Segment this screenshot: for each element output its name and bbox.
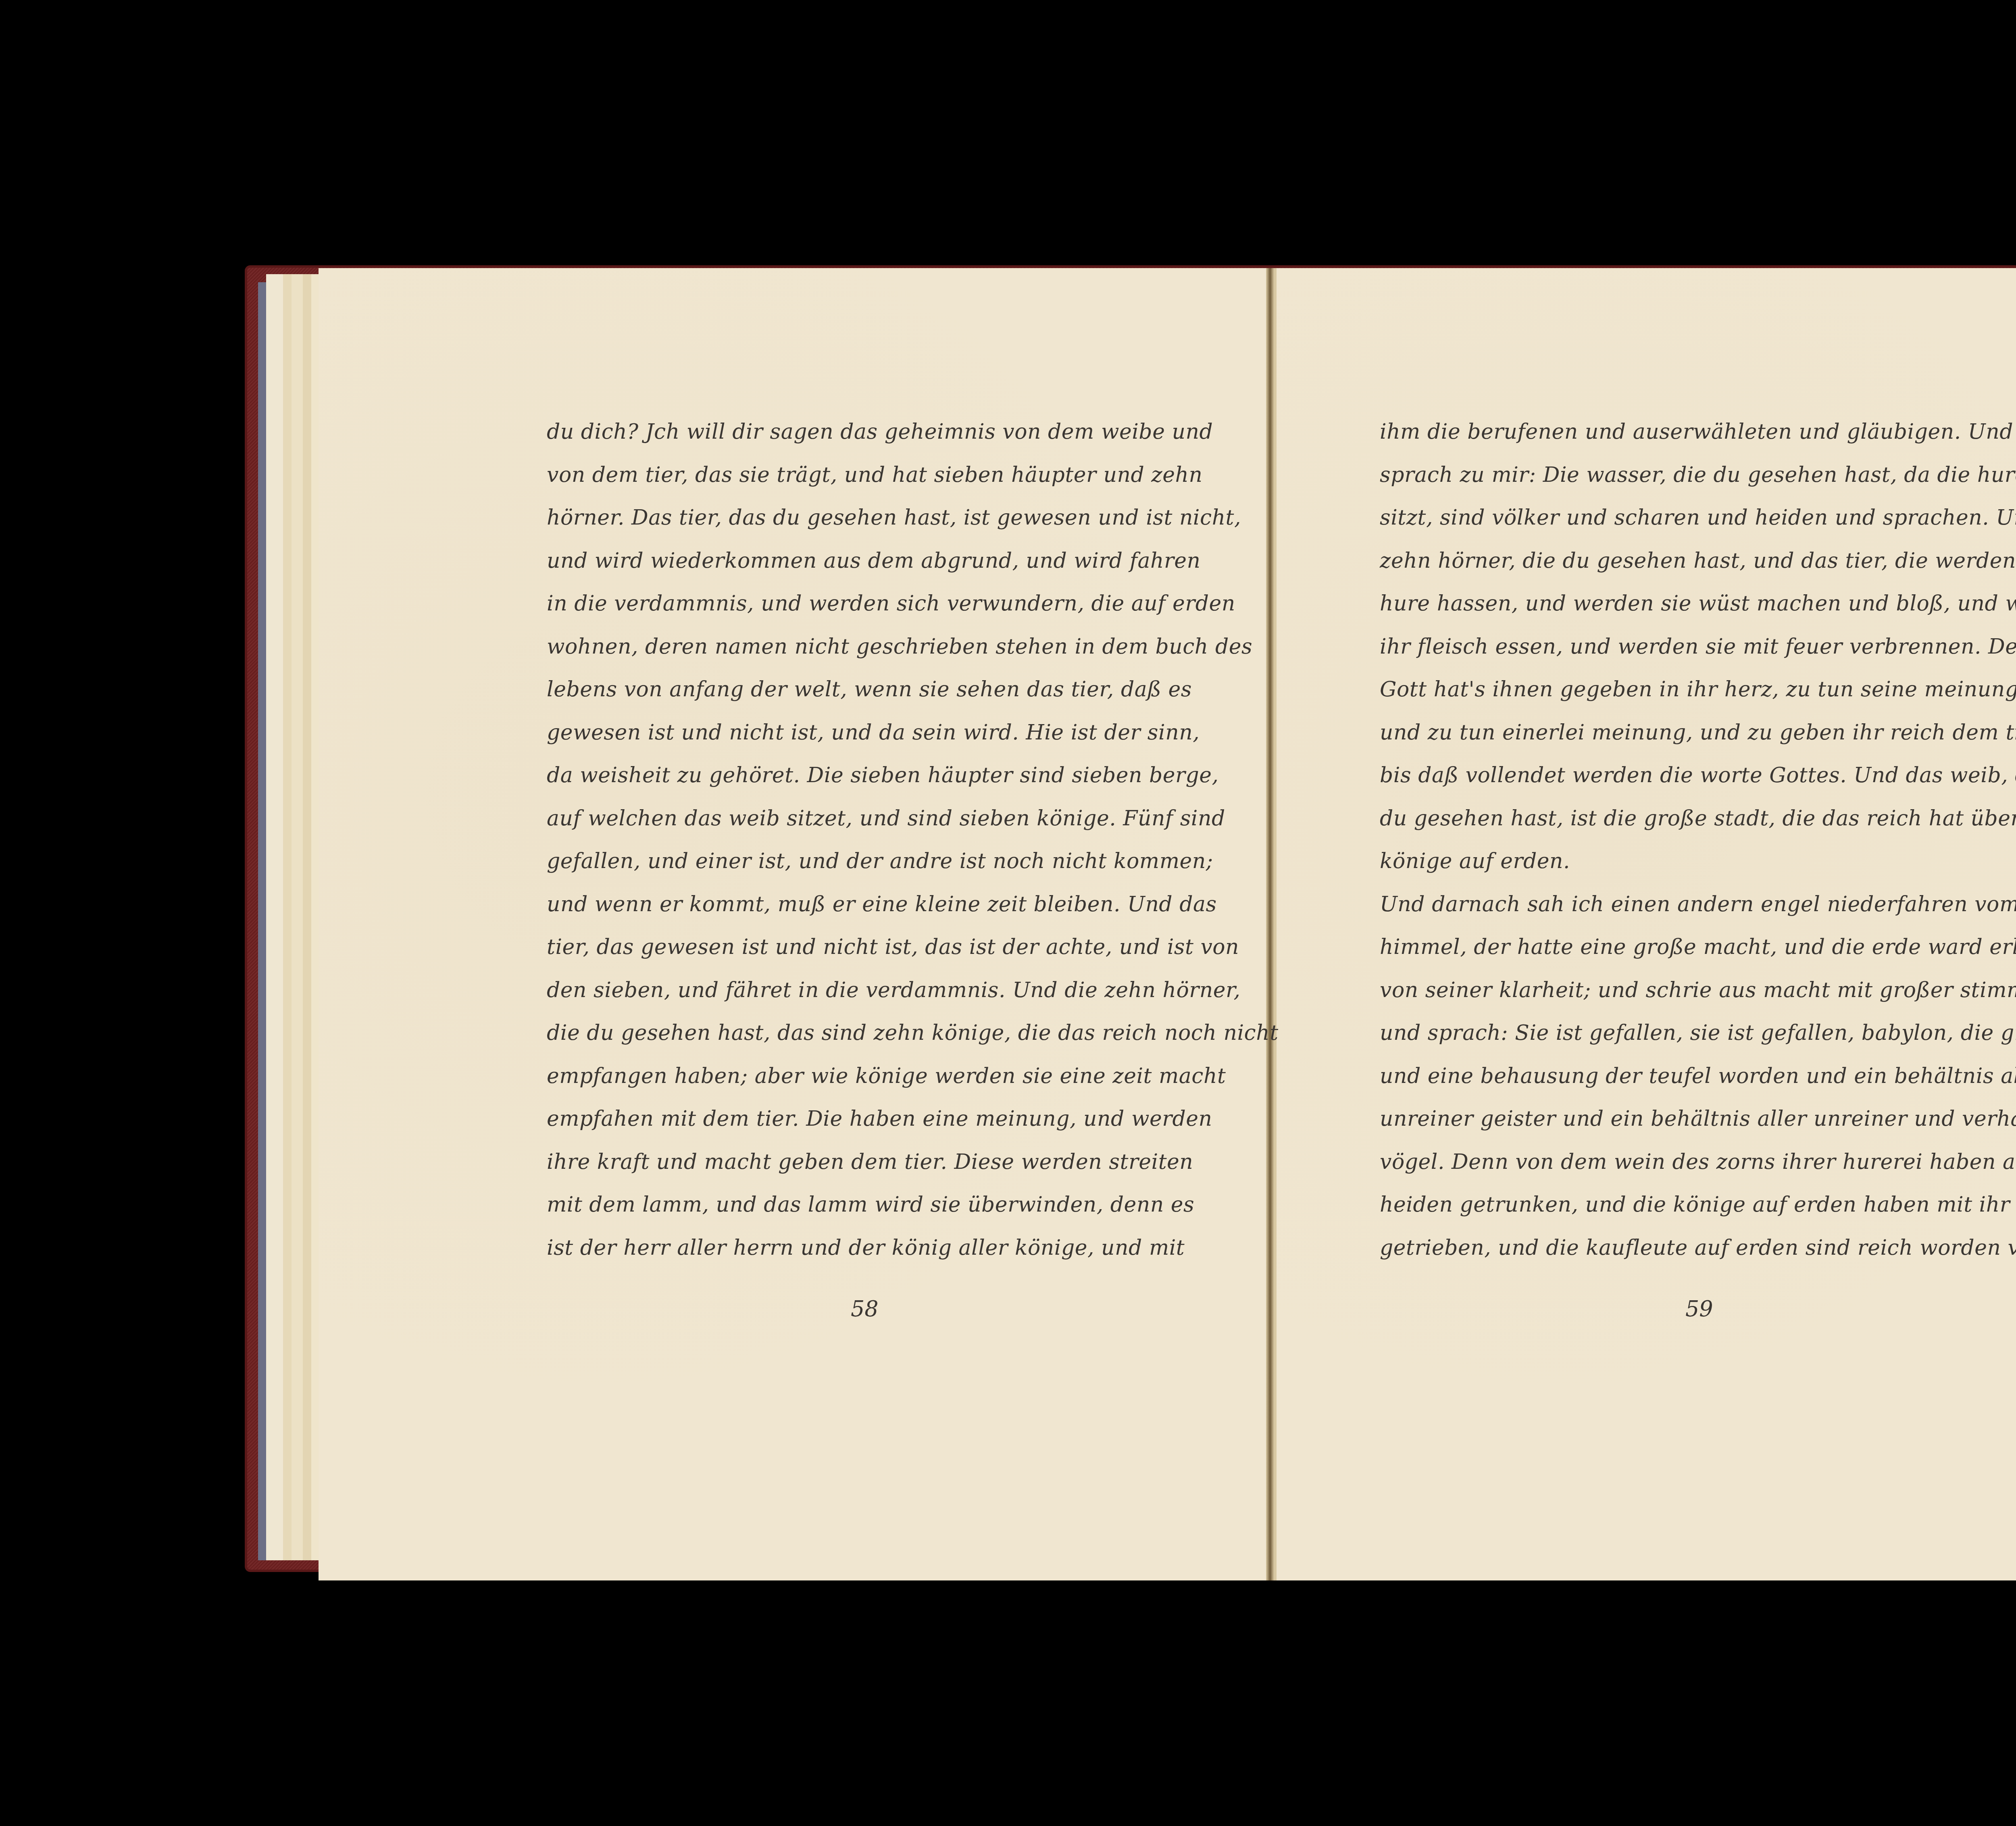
text-line: gefallen, und einer ist, und der andre i…: [547, 840, 1279, 883]
text-line: sitzt, sind völker und scharen und heide…: [1380, 496, 2016, 539]
text-line: hure hassen, und werden sie wüst machen …: [1380, 582, 2016, 625]
text-line: den sieben, und fähret in die verdammnis…: [547, 969, 1279, 1012]
page-edges-left: [266, 274, 323, 1560]
text-line: ihre kraft und macht geben dem tier. Die…: [547, 1141, 1279, 1184]
text-line: lebens von anfang der welt, wenn sie seh…: [547, 668, 1279, 711]
left-page-text: du dich? Jch will dir sagen das geheimni…: [547, 410, 1279, 1269]
text-line: bis daß vollendet werden die worte Gotte…: [1380, 754, 2016, 797]
text-line: gewesen ist und nicht ist, und da sein w…: [547, 711, 1279, 754]
text-line: von seiner klarheit; und schrie aus mach…: [1380, 969, 2016, 1012]
text-line: mit dem lamm, und das lamm wird sie über…: [547, 1183, 1279, 1226]
text-line: empfangen haben; aber wie könige werden …: [547, 1055, 1279, 1098]
right-page-text: ihm die berufenen und auserwähleten und …: [1380, 410, 2016, 1269]
text-line: auf welchen das weib sitzet, und sind si…: [547, 797, 1279, 840]
page-number-right: 59: [1685, 1296, 1713, 1322]
text-line: du dich? Jch will dir sagen das geheimni…: [547, 410, 1279, 454]
text-line: und eine behausung der teufel worden und…: [1380, 1055, 2016, 1098]
text-line: empfahen mit dem tier. Die haben eine me…: [547, 1097, 1279, 1141]
text-line: hörner. Das tier, das du gesehen hast, i…: [547, 496, 1279, 539]
text-line: ist der herr aller herrn und der könig a…: [547, 1226, 1279, 1270]
text-line: und wenn er kommt, muß er eine kleine ze…: [547, 883, 1279, 926]
text-line: himmel, der hatte eine große macht, und …: [1380, 926, 2016, 969]
text-line: und wird wiederkommen aus dem abgrund, u…: [547, 539, 1279, 583]
text-line: vögel. Denn von dem wein des zorns ihrer…: [1380, 1141, 2016, 1184]
text-line: in die verdammnis, und werden sich verwu…: [547, 582, 1279, 625]
text-line: unreiner geister und ein behältnis aller…: [1380, 1097, 2016, 1141]
text-line: Und darnach sah ich einen andern engel n…: [1380, 883, 2016, 926]
text-line: du gesehen hast, ist die große stadt, di…: [1380, 797, 2016, 840]
text-line: da weisheit zu gehöret. Die sieben häupt…: [547, 754, 1279, 797]
text-line: tier, das gewesen ist und nicht ist, das…: [547, 926, 1279, 969]
text-line: von dem tier, das sie trägt, und hat sie…: [547, 454, 1279, 497]
text-line: die du gesehen hast, das sind zehn könig…: [547, 1012, 1279, 1055]
text-line: Gott hat's ihnen gegeben in ihr herz, zu…: [1380, 668, 2016, 711]
text-line: sprach zu mir: Die wasser, die du gesehe…: [1380, 454, 2016, 497]
text-line: und sprach: Sie ist gefallen, sie ist ge…: [1380, 1012, 2016, 1055]
text-line: wohnen, deren namen nicht geschrieben st…: [547, 625, 1279, 668]
text-line: heiden getrunken, und die könige auf erd…: [1380, 1183, 2016, 1226]
text-line: getrieben, und die kaufleute auf erden s…: [1380, 1226, 2016, 1270]
text-line: ihm die berufenen und auserwähleten und …: [1380, 410, 2016, 454]
text-line: ihr fleisch essen, und werden sie mit fe…: [1380, 625, 2016, 668]
text-line: könige auf erden.: [1380, 840, 2016, 883]
page-number-left: 58: [851, 1296, 879, 1322]
text-line: zehn hörner, die du gesehen hast, und da…: [1380, 539, 2016, 583]
text-line: und zu tun einerlei meinung, und zu gebe…: [1380, 711, 2016, 754]
